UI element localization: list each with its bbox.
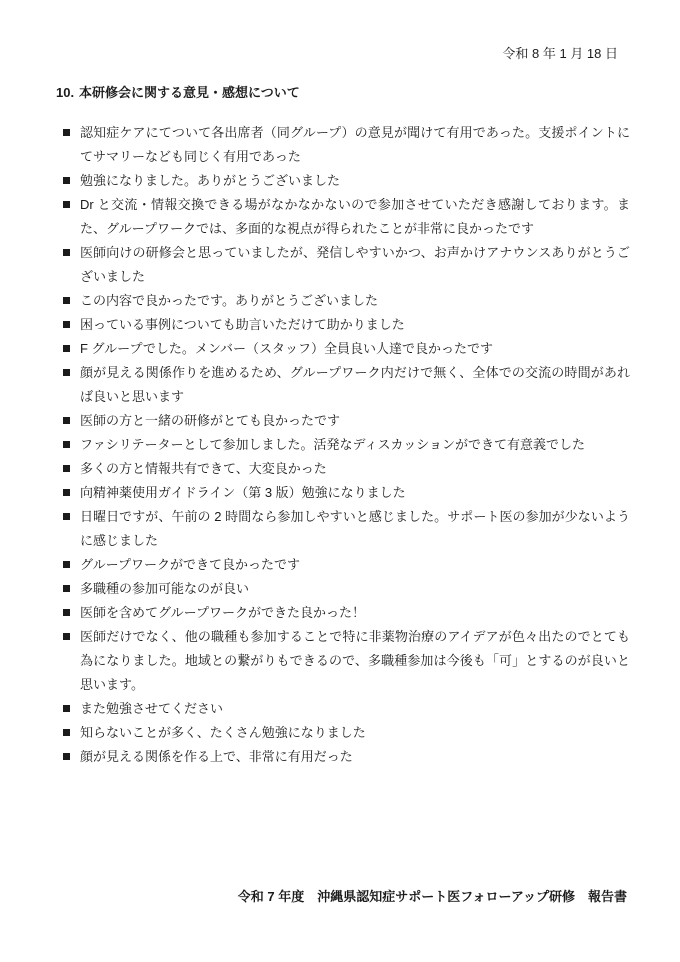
bullet-square-icon (63, 489, 70, 496)
bullet-square-icon (63, 609, 70, 616)
bullet-square-icon (63, 729, 70, 736)
list-item: 顔が見える関係を作る上で、非常に有用だった (62, 745, 630, 769)
report-footer: 令和 7 年度 沖縄県認知症サポート医フォローアップ研修 報告書 (238, 888, 627, 906)
feedback-text: 医師を含めてグループワークができた良かった！ (80, 605, 365, 620)
feedback-text: 医師向けの研修会と思っていましたが、発信しやすいかつ、お声かけアナウンスありがと… (80, 245, 630, 284)
list-item: 多くの方と情報共有できて、大変良かった (62, 457, 630, 481)
bullet-square-icon (63, 561, 70, 568)
feedback-text: 顔が見える関係作りを進めるため、グループワーク内だけで無く、全体での交流の時間が… (80, 365, 630, 404)
list-item: 知らないことが多く、たくさん勉強になりました (62, 721, 630, 745)
list-item: 顔が見える関係作りを進めるため、グループワーク内だけで無く、全体での交流の時間が… (62, 361, 630, 409)
list-item: 医師の方と一緒の研修がとても良かったです (62, 409, 630, 433)
bullet-square-icon (63, 633, 70, 640)
list-item: ファシリテーターとして参加しました。活発なディスカッションができて有意義でした (62, 433, 630, 457)
feedback-text: Dr と交流・情報交換できる場がなかなかないので参加させていただき感謝しておりま… (80, 197, 630, 236)
bullet-square-icon (63, 585, 70, 592)
bullet-square-icon (63, 321, 70, 328)
bullet-square-icon (63, 441, 70, 448)
bullet-square-icon (63, 513, 70, 520)
feedback-text: 困っている事例についても助言いただけて助かりました (80, 317, 405, 332)
list-item: Dr と交流・情報交換できる場がなかなかないので参加させていただき感謝しておりま… (62, 193, 630, 241)
bullet-square-icon (63, 369, 70, 376)
bullet-square-icon (63, 465, 70, 472)
document-date: 令和 8 年 1 月 18 日 (502, 45, 618, 63)
list-item: 向精神薬使用ガイドライン（第 3 版）勉強になりました (62, 481, 630, 505)
list-item: また勉強させてください (62, 697, 630, 721)
section-heading: 10. 本研修会に関する意見・感想について (56, 84, 300, 102)
list-item: 日曜日ですが、午前の 2 時間なら参加しやすいと感じました。サポート医の参加が少… (62, 505, 630, 553)
list-item: 医師向けの研修会と思っていましたが、発信しやすいかつ、お声かけアナウンスありがと… (62, 241, 630, 289)
feedback-text: 多くの方と情報共有できて、大変良かった (80, 461, 327, 476)
bullet-square-icon (63, 297, 70, 304)
bullet-square-icon (63, 177, 70, 184)
list-item: 多職種の参加可能なのが良い (62, 577, 630, 601)
bullet-square-icon (63, 753, 70, 760)
bullet-square-icon (63, 417, 70, 424)
feedback-text: この内容で良かったです。ありがとうございました (80, 293, 378, 308)
list-item: 認知症ケアにてついて各出席者（同グループ）の意見が聞けて有用であった。支援ポイン… (62, 121, 630, 169)
feedback-text: 認知症ケアにてついて各出席者（同グループ）の意見が聞けて有用であった。支援ポイン… (80, 125, 630, 164)
bullet-square-icon (63, 249, 70, 256)
list-item: 医師だけでなく、他の職種も参加することで特に非薬物治療のアイデアが色々出たのでと… (62, 625, 630, 697)
section-number: 10. (56, 84, 79, 102)
section-title: 本研修会に関する意見・感想について (79, 84, 300, 102)
feedback-text: 勉強になりました。ありがとうございました (80, 173, 340, 188)
list-item: F グループでした。メンバー（スタッフ）全員良い人達で良かったです (62, 337, 630, 361)
feedback-text: 多職種の参加可能なのが良い (80, 581, 249, 596)
list-item: グループワークができて良かったです (62, 553, 630, 577)
feedback-text: 医師だけでなく、他の職種も参加することで特に非薬物治療のアイデアが色々出たのでと… (80, 629, 630, 692)
list-item: この内容で良かったです。ありがとうございました (62, 289, 630, 313)
bullet-square-icon (63, 129, 70, 136)
bullet-square-icon (63, 705, 70, 712)
feedback-text: ファシリテーターとして参加しました。活発なディスカッションができて有意義でした (80, 437, 585, 452)
feedback-text: 医師の方と一緒の研修がとても良かったです (80, 413, 340, 428)
bullet-square-icon (63, 201, 70, 208)
feedback-text: 顔が見える関係を作る上で、非常に有用だった (80, 749, 353, 764)
feedback-text: 日曜日ですが、午前の 2 時間なら参加しやすいと感じました。サポート医の参加が少… (80, 509, 630, 548)
list-item: 勉強になりました。ありがとうございました (62, 169, 630, 193)
feedback-text: また勉強させてください (80, 701, 223, 716)
list-item: 医師を含めてグループワークができた良かった！ (62, 601, 630, 625)
feedback-text: グループワークができて良かったです (80, 557, 300, 572)
feedback-list: 認知症ケアにてついて各出席者（同グループ）の意見が聞けて有用であった。支援ポイン… (62, 121, 630, 769)
feedback-text: 知らないことが多く、たくさん勉強になりました (80, 725, 366, 740)
bullet-square-icon (63, 345, 70, 352)
feedback-text: F グループでした。メンバー（スタッフ）全員良い人達で良かったです (80, 341, 493, 356)
document-page: 令和 8 年 1 月 18 日 10. 本研修会に関する意見・感想について 認知… (0, 0, 680, 962)
list-item: 困っている事例についても助言いただけて助かりました (62, 313, 630, 337)
feedback-text: 向精神薬使用ガイドライン（第 3 版）勉強になりました (80, 485, 406, 500)
